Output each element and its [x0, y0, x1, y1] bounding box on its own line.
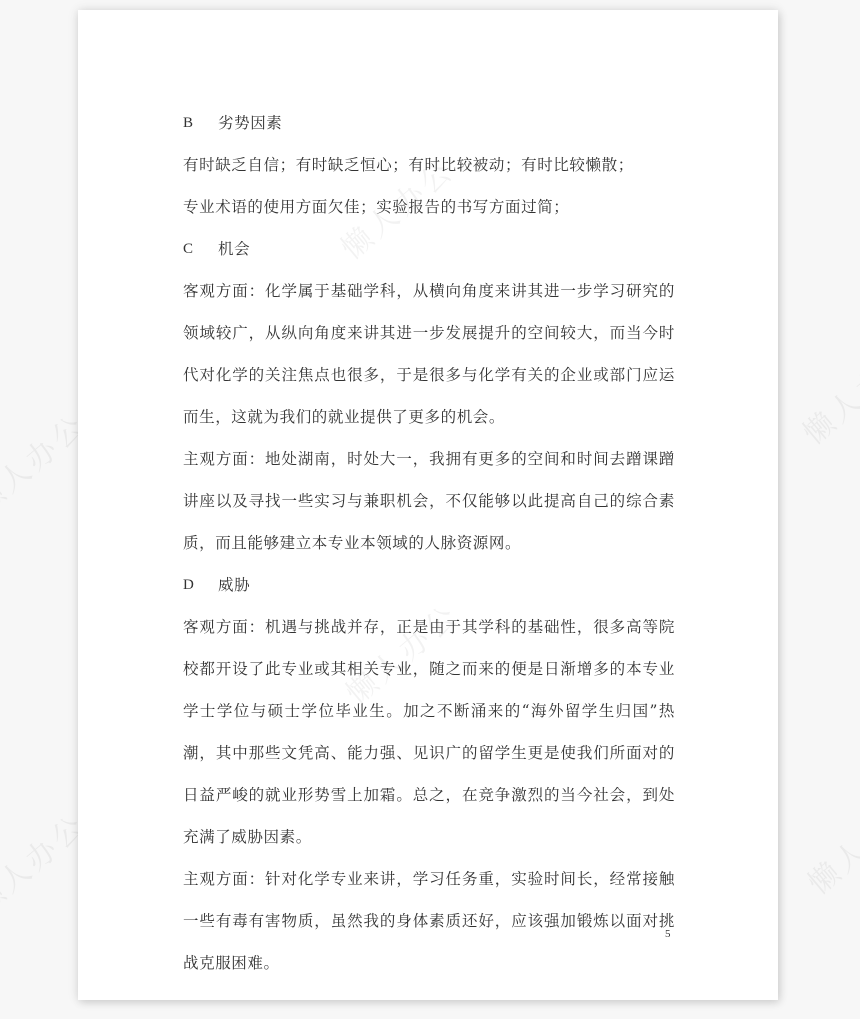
text-line: 而生，这就为我们的就业提供了更多的机会。	[183, 396, 675, 438]
text-line: 主观方面：针对化学专业来讲，学习任务重，实验时间长，经常接触	[183, 858, 675, 900]
text-line: 充满了威胁因素。	[183, 816, 675, 858]
text-line: 领域较广，从纵向角度来讲其进一步发展提升的空间较大，而当今时	[183, 312, 675, 354]
section-letter: B	[183, 102, 218, 144]
paragraph-objective: 客观方面：机遇与挑战并存，正是由于其学科的基础性，很多高等院 校都开设了此专业或…	[183, 606, 675, 858]
text-line: 客观方面：化学属于基础学科，从横向角度来讲其进一步学习研究的	[183, 270, 675, 312]
text-line: 代对化学的关注焦点也很多，于是很多与化学有关的企业或部门应运	[183, 354, 675, 396]
document-viewer[interactable]: 懒人办公 懒人办公 懒人办公 懒人办公 懒人办公 懒人办公 B 劣势因素 有时缺…	[0, 0, 860, 1019]
page-content: B 劣势因素 有时缺乏自信；有时缺乏恒心；有时比较被动；有时比较懒散； 专业术语…	[183, 102, 675, 984]
text-line: 主观方面：地处湖南，时处大一，我拥有更多的空间和时间去蹭课蹭	[183, 438, 675, 480]
section-letter: D	[183, 564, 218, 606]
text-line: 一些有毒有害物质，虽然我的身体素质还好，应该强加锻炼以面对挑	[183, 900, 675, 942]
section-title: 劣势因素	[218, 102, 282, 144]
section-heading-opportunities: C 机会	[183, 228, 675, 270]
text-line: 日益严峻的就业形势雪上加霜。总之，在竞争激烈的当今社会，到处	[183, 774, 675, 816]
paragraph: 有时缺乏自信；有时缺乏恒心；有时比较被动；有时比较懒散；	[183, 144, 675, 186]
text-line: 战克服困难。	[183, 942, 675, 984]
section-title: 威胁	[218, 564, 250, 606]
text-line: 有时缺乏自信；有时缺乏恒心；有时比较被动；有时比较懒散；	[183, 144, 675, 186]
text-line: 潮，其中那些文凭高、能力强、见识广的留学生更是使我们所面对的	[183, 732, 675, 774]
text-line: 学士学位与硕士学位毕业生。加之不断涌来的“海外留学生归国”热	[183, 690, 675, 732]
paragraph-subjective: 主观方面：地处湖南，时处大一，我拥有更多的空间和时间去蹭课蹭 讲座以及寻找一些实…	[183, 438, 675, 564]
text-line: 客观方面：机遇与挑战并存，正是由于其学科的基础性，很多高等院	[183, 606, 675, 648]
text-line: 讲座以及寻找一些实习与兼职机会，不仅能够以此提高自己的综合素	[183, 480, 675, 522]
watermark: 懒人办公	[792, 331, 860, 452]
section-title: 机会	[218, 228, 250, 270]
paragraph-subjective: 主观方面：针对化学专业来讲，学习任务重，实验时间长，经常接触 一些有毒有害物质，…	[183, 858, 675, 984]
document-page: 懒人办公 懒人办公 B 劣势因素 有时缺乏自信；有时缺乏恒心；有时比较被动；有时…	[78, 10, 778, 1000]
text-line: 专业术语的使用方面欠佳；实验报告的书写方面过简；	[183, 186, 675, 228]
text-line: 校都开设了此专业或其相关专业，随之而来的便是日渐增多的本专业	[183, 648, 675, 690]
paragraph: 专业术语的使用方面欠佳；实验报告的书写方面过简；	[183, 186, 675, 228]
section-heading-threats: D 威胁	[183, 564, 675, 606]
text-line: 质，而且能够建立本专业本领域的人脉资源网。	[183, 522, 675, 564]
paragraph-objective: 客观方面：化学属于基础学科，从横向角度来讲其进一步学习研究的 领域较广，从纵向角…	[183, 270, 675, 438]
section-letter: C	[183, 228, 218, 270]
section-heading-weaknesses: B 劣势因素	[183, 102, 675, 144]
page-number: 5	[665, 928, 671, 940]
watermark: 懒人办公	[797, 781, 860, 902]
